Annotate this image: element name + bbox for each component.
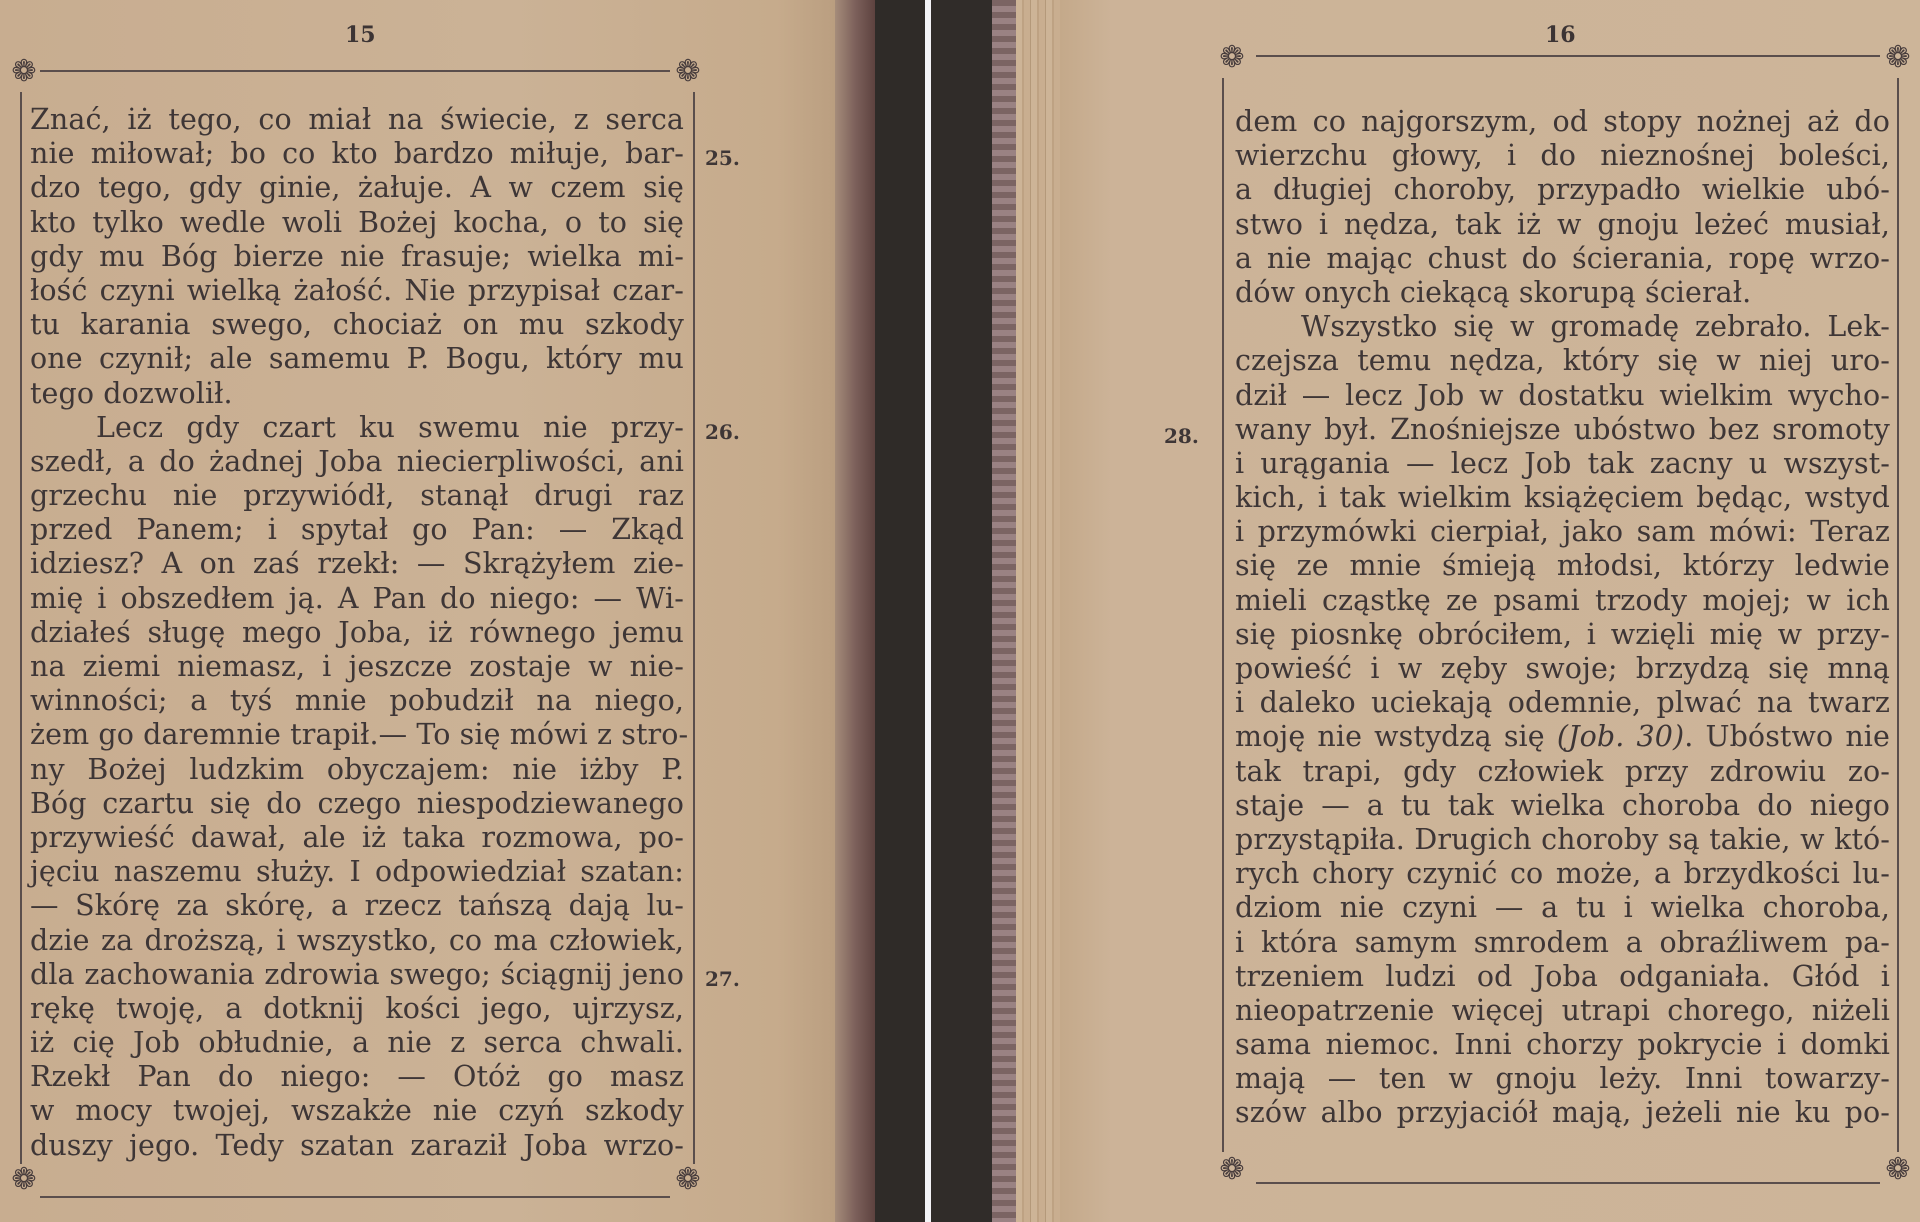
text-line: winności; a tyś mnie pobudził na niego, bbox=[30, 684, 684, 718]
text-line: duszy jego. Tedy szatan zaraził Joba wrz… bbox=[30, 1129, 684, 1163]
page-number: 16 bbox=[1545, 22, 1576, 48]
text-line: Lecz gdy czart ku swemu nie przy- bbox=[30, 411, 684, 445]
right-border-rule bbox=[693, 92, 695, 1164]
text-line: mieli cząstkę ze psami trzody mojej; w i… bbox=[1235, 584, 1890, 618]
text-line: i urągania — lecz Job tak zacny u wszyst… bbox=[1235, 447, 1890, 481]
text-line: i która samym smrodem a obraźliwem pa- bbox=[1235, 926, 1890, 960]
bottom-border-rule bbox=[40, 1196, 670, 1198]
text-line: Rzekł Pan do niego: — Otóż go masz bbox=[30, 1060, 684, 1094]
binding-edge-right bbox=[992, 0, 1016, 1222]
verse-number: 27. bbox=[705, 967, 740, 991]
text-line: a długiej choroby, przypadło wielkie ubó… bbox=[1235, 173, 1890, 207]
text-line: i daleko uciekają odemnie, plwać na twar… bbox=[1235, 686, 1890, 720]
text-line: kto tylko wedle woli Bożej kocha, o to s… bbox=[30, 206, 684, 240]
text-line: grzechu nie przywiódł, stanął drugi raz bbox=[30, 479, 684, 513]
corner-ornament-icon: ❁ bbox=[1212, 1150, 1252, 1190]
text-line: Bóg czartu się do czego niespodziewanego bbox=[30, 787, 684, 821]
top-border-rule bbox=[40, 70, 670, 72]
body-text: dem co najgorszym, od stopy nożnej aż do… bbox=[1235, 105, 1890, 1131]
text-line: dów onych ciekącą skorupą ścierał. bbox=[1235, 276, 1890, 310]
corner-ornament-icon: ❁ bbox=[4, 1160, 44, 1200]
text-line: tak trapi, gdy człowiek przy zdrowiu zo- bbox=[1235, 755, 1890, 789]
text-line: szedł, a do żadnej Joba niecierpliwości,… bbox=[30, 445, 684, 479]
text-line: w mocy twojej, wszakże nie czyń szkody bbox=[30, 1094, 684, 1128]
text-line: i przymówki cierpiał, jako sam mówi: Ter… bbox=[1235, 515, 1890, 549]
corner-ornament-icon: ❁ bbox=[668, 1160, 708, 1200]
text-line: — Skórę za skórę, a rzecz tańszą dają lu… bbox=[30, 889, 684, 923]
text-line: mają — ten w gnoju leży. Inni towarzy- bbox=[1235, 1062, 1890, 1096]
corner-ornament-icon: ❁ bbox=[1878, 1150, 1918, 1190]
text-line: stwo i nędza, tak iż w gnoju leżeć musia… bbox=[1235, 208, 1890, 242]
text-line: działeś sługę mego Joba, iż równego jemu bbox=[30, 616, 684, 650]
left-border-rule bbox=[20, 92, 22, 1164]
text-line: tu karania swego, chociaż on mu szkody bbox=[30, 308, 684, 342]
binding-spine-right bbox=[931, 0, 993, 1222]
text-line: Wszystko się w gromadę zebrało. Lek- bbox=[1235, 310, 1890, 344]
text-line: dzie za droższą, i wszystko, co ma człow… bbox=[30, 924, 684, 958]
verse-number: 26. bbox=[705, 420, 740, 444]
text-line: a nie mając chust do ścierania, ropę wrz… bbox=[1235, 242, 1890, 276]
top-border-rule bbox=[1256, 55, 1880, 57]
text-line: wany był. Znośniejsze ubóstwo bez sromot… bbox=[1235, 413, 1890, 447]
left-page: 15 ❁ ❁ ❁ ❁ Znać, iż tego, co miał na świ… bbox=[0, 0, 845, 1222]
text-line: czejsza temu nędza, który się w niej uro… bbox=[1235, 344, 1890, 378]
text-line: łość czyni wielką żałość. Nie przypisał … bbox=[30, 274, 684, 308]
right-page: 16 ❁ ❁ ❁ ❁ dem co najgorszym, od stopy n… bbox=[1060, 0, 1920, 1222]
right-border-rule bbox=[1897, 78, 1899, 1152]
text-line: nie miłował; bo co kto bardzo miłuje, ba… bbox=[30, 137, 684, 171]
text-line: kich, i tak wielkim książęciem będąc, ws… bbox=[1235, 481, 1890, 515]
scripture-citation: (Job. 30) bbox=[1557, 720, 1684, 753]
text-line: się piosnkę obróciłem, i wzięli mię w pr… bbox=[1235, 618, 1890, 652]
body-text: Znać, iż tego, co miał na świecie, z ser… bbox=[30, 103, 684, 1163]
corner-ornament-icon: ❁ bbox=[1212, 38, 1252, 78]
text-line: dla zachowania zdrowia swego; ściągnij j… bbox=[30, 958, 684, 992]
text-line: one czynił; ale samemu P. Bogu, który mu bbox=[30, 342, 684, 376]
text-line: gdy mu Bóg bierze nie frasuje; wielka mi… bbox=[30, 240, 684, 274]
binding-spine-left bbox=[875, 0, 925, 1222]
text-line: jęciu naszemu służy. I odpowiedział szat… bbox=[30, 855, 684, 889]
text-line: ny Bożej ludzkim obyczajem: nie iżby P. bbox=[30, 753, 684, 787]
corner-ornament-icon: ❁ bbox=[4, 52, 44, 92]
text-line: przed Panem; i spytał go Pan: — Zkąd bbox=[30, 513, 684, 547]
text-line: na ziemi niemasz, i jeszcze zostaje w ni… bbox=[30, 650, 684, 684]
text-line: nieopatrzenie więcej utrapi chorego, niż… bbox=[1235, 994, 1890, 1028]
text-line: dzo tego, gdy ginie, żałuje. A w czem si… bbox=[30, 171, 684, 205]
text-line: idziesz? A on zaś rzekł: — Skrążyłem zie… bbox=[30, 547, 684, 581]
text-line: powieść i w zęby swoje; brzydzą się mną bbox=[1235, 652, 1890, 686]
text-line: rych chory czynić co może, a brzydkości … bbox=[1235, 857, 1890, 891]
corner-ornament-icon: ❁ bbox=[668, 52, 708, 92]
page-number: 15 bbox=[345, 22, 376, 48]
text-line: wierzchu głowy, i do nieznośnej boleści, bbox=[1235, 139, 1890, 173]
left-border-rule bbox=[1222, 78, 1224, 1152]
text-line: rękę twoję, a dotknij kości jego, ujrzys… bbox=[30, 992, 684, 1026]
text-line: dziom nie czyni — a tu i wielka choroba, bbox=[1235, 891, 1890, 925]
text-line: mię i obszedłem ją. A Pan do niego: — Wi… bbox=[30, 582, 684, 616]
text-line: przywieść dawał, ale iż taka rozmowa, po… bbox=[30, 821, 684, 855]
binding-edge-left bbox=[835, 0, 877, 1222]
text-line: moję nie wstydzą się (Job. 30). Ubóstwo … bbox=[1235, 720, 1890, 754]
text-line: przystąpiła. Drugich choroby są takie, w… bbox=[1235, 823, 1890, 857]
bottom-border-rule bbox=[1256, 1182, 1880, 1184]
text-line: sama niemoc. Inni chorzy pokrycie i domk… bbox=[1235, 1028, 1890, 1062]
corner-ornament-icon: ❁ bbox=[1878, 38, 1918, 78]
verse-number: 25. bbox=[705, 146, 740, 170]
verse-number: 28. bbox=[1164, 424, 1199, 448]
text-line: staje — a tu tak wielka choroba do niego bbox=[1235, 789, 1890, 823]
text-line: iż cię Job obłudnie, a nie z serca chwal… bbox=[30, 1026, 684, 1060]
text-line: dził — lecz Job w dostatku wielkim wycho… bbox=[1235, 379, 1890, 413]
text-line: dem co najgorszym, od stopy nożnej aż do bbox=[1235, 105, 1890, 139]
text-line: Znać, iż tego, co miał na świecie, z ser… bbox=[30, 103, 684, 137]
text-line: żem go daremnie trapił.— To się mówi z s… bbox=[30, 718, 684, 752]
text-line: tego dozwolił. bbox=[30, 377, 684, 411]
text-line: szów albo przyjaciół mają, jeżeli nie ku… bbox=[1235, 1096, 1890, 1130]
text-line: się ze mnie śmieją młodsi, którzy ledwie bbox=[1235, 549, 1890, 583]
text-line: trzeniem ludzi od Joba odganiała. Głód i bbox=[1235, 960, 1890, 994]
